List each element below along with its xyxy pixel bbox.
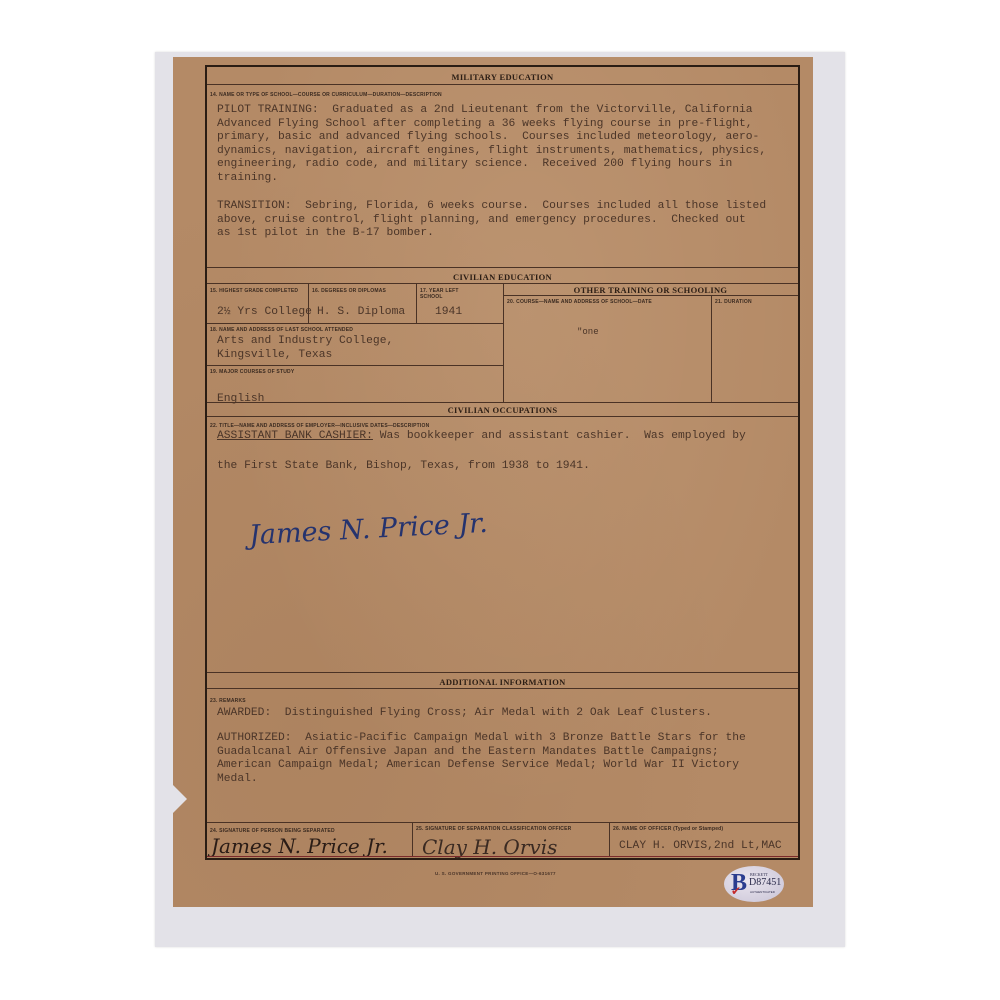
label-14: 14. NAME OR TYPE OF SCHOOL—COURSE OR CUR… xyxy=(210,92,442,98)
occupation-description: Was bookkeeper and assistant cashier. Wa… xyxy=(373,430,746,442)
beckett-authentication-sticker: B ✔ BECKETT D87451 AUTHENTICATED xyxy=(724,866,784,902)
section-civilian-occupations: CIVILIAN OCCUPATIONS xyxy=(207,405,798,415)
separated-person-signature: James N. Price Jr. xyxy=(211,834,388,858)
authorized-text: AUTHORIZED: Asiatic-Pacific Campaign Med… xyxy=(217,732,746,786)
year-left-value: 1941 xyxy=(435,306,462,320)
label-20: 20. COURSE—NAME AND ADDRESS OF SCHOOL—DA… xyxy=(507,299,707,305)
label-18: 18. NAME AND ADDRESS OF LAST SCHOOL ATTE… xyxy=(210,327,353,333)
last-school-value: Arts and Industry College, Kingsville, T… xyxy=(217,335,393,362)
other-course-value: "one xyxy=(577,326,599,340)
awarded-text: AWARDED: Distinguished Flying Cross; Air… xyxy=(217,707,712,721)
printer-note: U. S. GOVERNMENT PRINTING OFFICE—O-63167… xyxy=(435,871,556,876)
section-other-training: OTHER TRAINING OR SCHOOLING xyxy=(503,285,798,295)
section-additional-information: ADDITIONAL INFORMATION xyxy=(207,677,798,687)
paper-tear xyxy=(173,785,187,813)
officer-name-typed: CLAY H. ORVIS,2nd Lt,MAC xyxy=(619,840,782,854)
separation-form: MILITARY EDUCATION 14. NAME OR TYPE OF S… xyxy=(205,65,800,860)
checkmark-icon: ✔ xyxy=(731,884,741,898)
label-16: 16. DEGREES OR DIPLOMAS xyxy=(312,288,412,294)
highest-grade-value: 2½ Yrs College xyxy=(217,306,312,320)
section-civilian-education: CIVILIAN EDUCATION xyxy=(207,272,798,282)
auth-code: D87451 xyxy=(749,877,781,888)
label-26: 26. NAME OF OFFICER (Typed or Stamped) xyxy=(613,826,723,832)
occupation-line-1: ASSISTANT BANK CASHIER: Was bookkeeper a… xyxy=(217,430,746,444)
label-17: 17. YEAR LEFT SCHOOL xyxy=(420,288,470,300)
label-15: 15. HIGHEST GRADE COMPLETED xyxy=(210,288,305,294)
label-22: 22. TITLE—NAME AND ADDRESS OF EMPLOYER—I… xyxy=(210,423,429,429)
label-21: 21. DURATION xyxy=(715,299,752,305)
pilot-training-text: PILOT TRAINING: Graduated as a 2nd Lieut… xyxy=(217,104,766,186)
label-25: 25. SIGNATURE OF SEPARATION CLASSIFICATI… xyxy=(416,826,606,832)
occupation-title: ASSISTANT BANK CASHIER: xyxy=(217,430,373,442)
label-19: 19. MAJOR COURSES OF STUDY xyxy=(210,369,294,375)
autograph-signature: James N. Price Jr. xyxy=(248,508,488,551)
occupation-line-2: the First State Bank, Bishop, Texas, fro… xyxy=(217,460,590,474)
section-military-education: MILITARY EDUCATION xyxy=(207,72,798,82)
label-23: 23. REMARKS xyxy=(210,698,246,704)
auth-tag: AUTHENTICATED xyxy=(750,890,775,894)
degrees-value: H. S. Diploma xyxy=(317,306,405,320)
transition-text: TRANSITION: Sebring, Florida, 6 weeks co… xyxy=(217,200,766,241)
